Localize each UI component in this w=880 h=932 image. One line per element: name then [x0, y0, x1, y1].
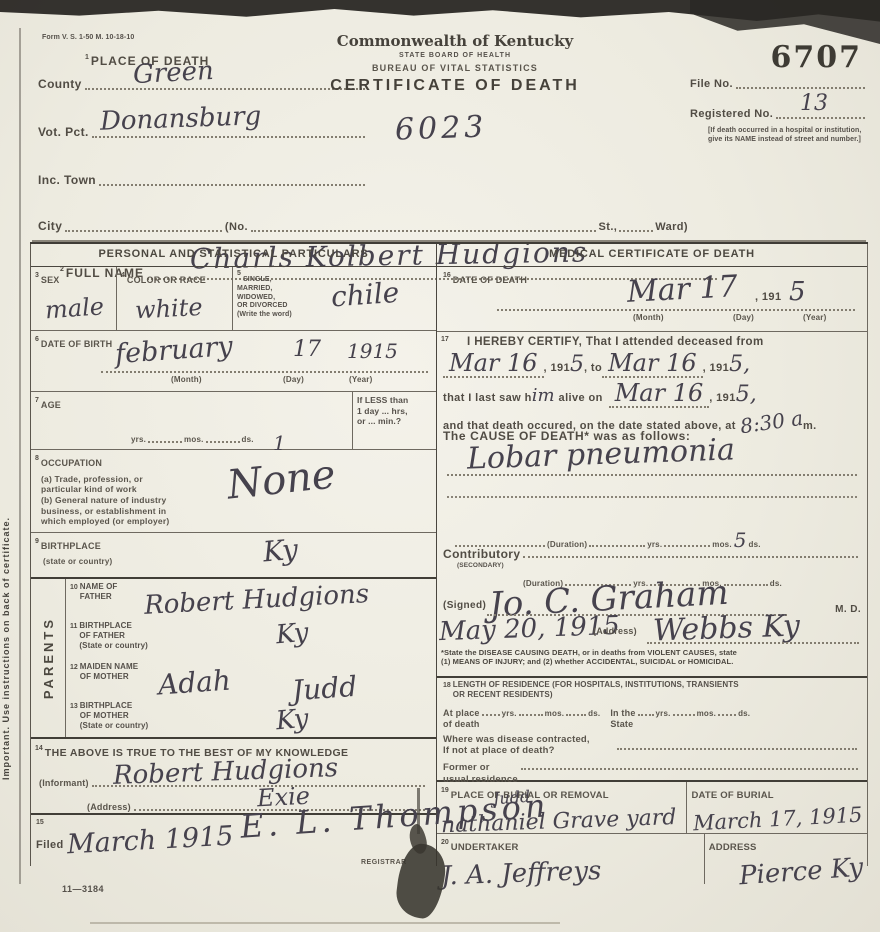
sex-color-marital-row: 3SEX male 4COLOR OR RACE white 5SINGLE, …: [31, 267, 436, 331]
dob-line: [101, 371, 428, 373]
vot-pct-label: Vot. Pct.: [38, 126, 89, 140]
medical-section-title: MEDICAL CERTIFICATE OF DEATH: [437, 244, 867, 267]
file-number-big: 6707: [690, 40, 868, 75]
dod-year-sub: (Year): [803, 313, 826, 323]
marital-label-text: SINGLE, MARRIED, WIDOWED, OR DIVORCED (W…: [237, 276, 292, 318]
field-num-14: 14: [35, 745, 43, 752]
res-contracted-line: [617, 748, 857, 750]
marital-value: chile: [330, 277, 433, 312]
mother-birthplace-label: BIRTHPLACE OF MOTHER (State or country): [80, 701, 148, 731]
res-mos-2: mos.: [697, 709, 716, 719]
parents-sidebar: PARENTS: [31, 579, 66, 737]
dob-month-sub: (Month): [171, 375, 202, 385]
signed-label: (Signed): [443, 600, 486, 612]
cause-of-death-block: The CAUSE OF DEATH* was as follows: Loba…: [437, 428, 867, 546]
field-num-8: 8: [35, 455, 39, 462]
hospital-note: [If death occurred in a hospital or inst…: [708, 127, 868, 145]
age-ds-label: ds.: [242, 435, 254, 445]
saw-mid: alive on: [559, 392, 603, 405]
occupation-value: None: [225, 454, 337, 505]
county-label: County: [38, 78, 82, 92]
res-fill-1: [482, 704, 500, 716]
saw-him-hw: im: [532, 387, 555, 405]
saw-year-suffix: 5,: [736, 384, 757, 406]
dod-year-prefix: , 191: [755, 291, 781, 304]
age-less-note: If LESS than 1 day ... hrs, or ... min.?: [357, 395, 432, 427]
form-number-bottom: 11—3184: [62, 884, 104, 895]
field-num-15: 15: [36, 819, 44, 826]
field-num-13: 13: [70, 703, 78, 710]
last-saw-line: that I last saw h im alive on Mar 16 , 1…: [443, 381, 861, 408]
dod-day-sub: (Day): [733, 313, 754, 323]
file-no-field: File No.: [690, 77, 868, 91]
dob-month-value: february: [114, 333, 233, 368]
res-ds-1: ds.: [588, 709, 600, 719]
field-num-18: 18: [443, 682, 451, 689]
vot-pct-value: Donansburg: [100, 103, 262, 135]
date-of-death-row: 16DATE OF DEATH Mar 17 , 191 5 (Month) (…: [437, 267, 867, 332]
scan-smudge-bottom: [90, 922, 560, 924]
to-word: , to: [584, 362, 602, 375]
saw-year-prefix: , 191: [709, 392, 735, 405]
city-line: [65, 220, 222, 232]
mother-birthplace-row: 13BIRTHPLACE OF MOTHER (State or country…: [66, 699, 436, 739]
header: Form V. S. 1-50 M. 10-18-10 1PLACE OF DE…: [30, 30, 868, 242]
res-yrs-2: yrs.: [656, 709, 671, 719]
file-no-label: File No.: [690, 78, 733, 91]
registered-no-value: 13: [800, 93, 828, 115]
res-mos-1: mos.: [545, 709, 564, 719]
age-row: 7AGE yrs. 1 mos. ds. If LESS than 1 day …: [31, 392, 436, 450]
birthplace-row: 9BIRTHPLACE (state or country) Ky: [31, 533, 436, 579]
violent-causes-footnote: *State the DISEASE CAUSING DEATH, or in …: [437, 646, 867, 678]
signed-address-label: (Address): [593, 626, 637, 637]
to-year-prefix: , 191: [703, 362, 729, 375]
parents-fields: 10NAME OF FATHER Robert Hudgions 11BIRTH…: [66, 579, 436, 737]
dob-day-value: 17: [293, 339, 321, 361]
field-num-9: 9: [35, 538, 39, 545]
field-num-5: 5: [237, 270, 241, 277]
undertaker-address-label: ADDRESS: [709, 842, 757, 853]
residence-duration-line: At place of death yrs. mos. ds. In the S…: [443, 704, 861, 730]
res-at-place-label: At place of death: [443, 708, 480, 730]
footnote-text: *State the DISEASE CAUSING DEATH, or in …: [441, 648, 863, 667]
main-body: PERSONAL AND STATISTICAL PARTICULARS 3SE…: [30, 242, 868, 866]
field-num-4: 4: [121, 272, 125, 279]
age-yrs-label: yrs.: [131, 435, 146, 445]
cause-line-2: [447, 496, 857, 498]
contributory-line: Contributory: [443, 546, 861, 562]
res-fill-5: [673, 704, 695, 716]
res-yrs-1: yrs.: [502, 709, 517, 719]
bureau-line: BUREAU OF VITAL STATISTICS: [305, 63, 605, 74]
age-main-cell: 7AGE yrs. 1 mos. ds.: [31, 392, 352, 449]
undertaker-value: J. A. Jeffreys: [441, 854, 700, 889]
parents-block: PARENTS 10NAME OF FATHER Robert Hudgions…: [31, 579, 436, 739]
registered-no-field: Registered No. 13: [690, 107, 868, 121]
md-label: M. D.: [835, 604, 861, 616]
birthplace-sub: (state or country): [43, 557, 436, 567]
date-of-death-label: DATE OF DEATH: [453, 275, 527, 285]
filed-date-value: March 1915: [66, 823, 234, 859]
certificate-paper: Important. Use instructions on back of c…: [0, 0, 880, 932]
field-num-10: 10: [70, 584, 78, 591]
city-label: City: [38, 220, 62, 234]
res-in-state-label: In the State: [610, 708, 635, 730]
certificate-title: CERTIFICATE OF DEATH: [305, 77, 605, 95]
res-fill-6: [718, 704, 736, 716]
field-num-16: 16: [443, 272, 451, 279]
informant-label: (Informant): [39, 778, 89, 789]
undertaker-address-value: Pierce Ky: [738, 855, 864, 890]
inc-town-label: Inc. Town: [38, 174, 96, 188]
contrib-fill-3: [724, 574, 768, 586]
sex-label: SEX: [41, 275, 60, 285]
residence-heading: LENGTH OF RESIDENCE (FOR HOSPITALS, INST…: [453, 680, 739, 700]
registrar-label: REGISTRAR: [361, 859, 407, 866]
cause-dur-fill-1: [589, 535, 645, 547]
cause-dur-line: [455, 535, 545, 547]
cause-value: Lobar pneumonia: [467, 435, 736, 474]
personal-section-title: PERSONAL AND STATISTICAL PARTICULARS: [31, 244, 436, 267]
contributory-sub: (SECONDARY): [457, 562, 861, 570]
medical-column: MEDICAL CERTIFICATE OF DEATH 16DATE OF D…: [437, 244, 868, 866]
burial-date-value: March 17, 1915: [693, 805, 863, 835]
masthead: Commonwealth of Kentucky STATE BOARD OF …: [305, 32, 605, 95]
scan-edge-left-line: [19, 28, 21, 884]
dod-month-sub: (Month): [633, 313, 664, 323]
mother-name-label: MAIDEN NAME OF MOTHER: [80, 662, 138, 682]
birthplace-label: BIRTHPLACE: [41, 541, 101, 551]
occupation-row: 8OCCUPATION (a) Trade, profession, or pa…: [31, 450, 436, 533]
st-label: St.,: [599, 221, 618, 234]
undertaker-cell: 20UNDERTAKER J. A. Jeffreys: [437, 834, 705, 884]
father-birthplace-value: Ky: [275, 620, 310, 649]
dod-year-suffix: 5: [789, 279, 806, 305]
mother-name-row: 12MAIDEN NAME OF MOTHER Adah Judd: [66, 659, 436, 699]
age-less-cell: If LESS than 1 day ... hrs, or ... min.?: [352, 392, 436, 449]
contrib-ds-label: ds.: [770, 579, 782, 589]
father-name-label: NAME OF FATHER: [80, 582, 118, 602]
attended-from-date: Mar 16: [443, 351, 544, 378]
dob-year-sub: (Year): [349, 375, 372, 385]
undertaker-label: UNDERTAKER: [451, 842, 519, 853]
to-year-suffix: 5,: [729, 354, 750, 376]
filed-label: Filed: [36, 839, 64, 852]
age-mos-line: [206, 431, 240, 443]
birthplace-value: Ky: [262, 536, 299, 567]
field-num-12: 12: [70, 664, 78, 671]
certify-intro: I HEREBY CERTIFY, That I attended deceas…: [467, 336, 861, 349]
marital-label: 5SINGLE, MARRIED, WIDOWED, OR DIVORCED (…: [237, 270, 315, 320]
sex-value: male: [44, 294, 113, 323]
st-line: [619, 220, 653, 232]
ward-label: Ward): [655, 221, 688, 234]
sex-cell: 3SEX male: [31, 267, 117, 330]
color-race-cell: 4COLOR OR RACE white: [117, 267, 233, 330]
dob-label: DATE OF BIRTH: [41, 339, 112, 349]
field-num-3: 3: [35, 272, 39, 279]
res-fill-3: [566, 704, 586, 716]
dob-year-value: 1915: [347, 341, 398, 361]
dob-row: 6DATE OF BIRTH february 17 1915 (Month) …: [31, 331, 436, 392]
field-num-6: 6: [35, 336, 39, 343]
age-mos-label: mos.: [184, 435, 203, 445]
contributory-label: Contributory: [443, 548, 520, 562]
undertaker-address-cell: ADDRESS Pierce Ky: [705, 834, 867, 884]
age-label: AGE: [41, 400, 61, 410]
residence-block: 18LENGTH OF RESIDENCE (FOR HOSPITALS, IN…: [437, 678, 867, 782]
field-num-7: 7: [35, 397, 39, 404]
no-line: [251, 220, 596, 232]
signed-block: (Signed) Jo. C. Graham M. D. May 20, 191…: [437, 590, 867, 646]
dob-day-sub: (Day): [283, 375, 304, 385]
cause-line-1: [447, 474, 857, 476]
informant-address-label: (Address): [87, 802, 131, 813]
side-margin-note: Important. Use instructions on back of c…: [1, 120, 15, 780]
saw-date: Mar 16: [609, 381, 710, 408]
signed-address-line: [647, 642, 859, 644]
inc-town-line: [99, 174, 365, 186]
mother-birthplace-value: Ky: [275, 706, 310, 735]
file-no-line: [736, 77, 865, 89]
certify-block: 17 I HEREBY CERTIFY, That I attended dec…: [437, 332, 867, 428]
undertaker-row: 20UNDERTAKER J. A. Jeffreys ADDRESS Pier…: [437, 834, 867, 884]
vot-pct-field: Vot. Pct. Donansburg: [38, 126, 368, 140]
age-values-line: yrs. 1 mos. ds.: [131, 431, 342, 445]
res-ds-2: ds.: [738, 709, 750, 719]
field-num-11: 11: [70, 623, 77, 630]
field-num-17: 17: [441, 336, 449, 343]
res-former-fill: [521, 758, 858, 770]
field-num-20: 20: [441, 839, 449, 846]
city-field: City (No. St., Ward): [38, 220, 688, 234]
state-board-line: STATE BOARD OF HEALTH: [305, 52, 605, 61]
res-fill-2: [519, 704, 543, 716]
mother-first-name-value: Adah: [157, 666, 232, 699]
color-race-label: COLOR OR RACE: [127, 275, 206, 285]
registered-no-label: Registered No.: [690, 108, 773, 121]
certificate-number-handwritten: 6023: [395, 112, 488, 145]
parents-label: PARENTS: [41, 617, 56, 699]
marital-cell: 5SINGLE, MARRIED, WIDOWED, OR DIVORCED (…: [233, 267, 436, 330]
cause-dur-fill-2: [664, 535, 710, 547]
from-year-prefix: , 191: [544, 362, 570, 375]
father-birthplace-row: 11BIRTHPLACE OF FATHER (State or country…: [66, 619, 436, 659]
inc-town-field: Inc. Town: [38, 174, 368, 188]
age-yrs-line: [148, 431, 182, 443]
res-fill-4: [638, 704, 654, 716]
father-birthplace-label: BIRTHPLACE OF FATHER (State or country): [79, 621, 147, 651]
res-contracted-label: Where was disease contracted, If not at …: [443, 734, 861, 757]
dod-month-day-value: Mar 17: [626, 272, 738, 308]
contributory-fill: [523, 546, 858, 558]
saw-prefix: that I last saw h: [443, 392, 532, 405]
personal-column: PERSONAL AND STATISTICAL PARTICULARS 3SE…: [30, 244, 437, 866]
no-label: (No.: [225, 221, 248, 234]
attended-to-date: Mar 16: [602, 351, 703, 378]
form-number-top: Form V. S. 1-50 M. 10-18-10: [42, 34, 134, 43]
commonwealth-title: Commonwealth of Kentucky: [305, 32, 605, 50]
from-year-suffix: 5: [570, 354, 584, 376]
informant-field: (Informant) Robert Hudgions: [39, 775, 428, 789]
burial-date-cell: DATE OF BURIAL March 17, 1915: [687, 782, 867, 833]
burial-date-label: DATE OF BURIAL: [691, 790, 773, 801]
father-name-row: 10NAME OF FATHER Robert Hudgions: [66, 579, 436, 619]
certify-dates-line: Mar 16 , 191 5 , to Mar 16 , 191 5,: [443, 351, 861, 378]
field-num-1: 1: [85, 54, 89, 61]
county-value: Green: [132, 58, 214, 88]
dod-line: [497, 309, 855, 311]
occupation-label: OCCUPATION: [41, 458, 102, 468]
color-race-value: white: [134, 294, 228, 323]
file-block: 6707 File No. Registered No. 13 [If deat…: [690, 40, 868, 145]
